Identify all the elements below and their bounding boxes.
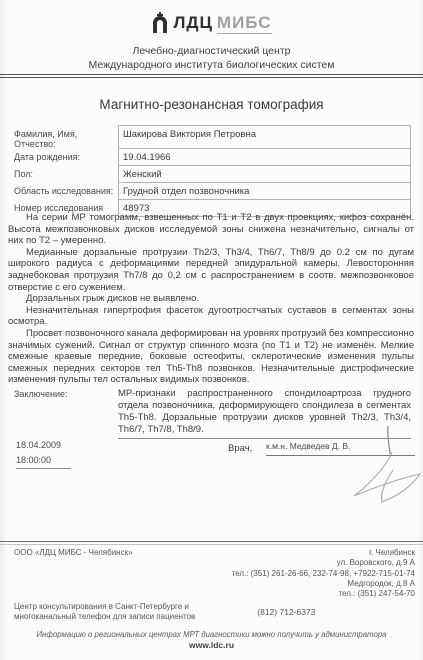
doctor-label: Врач, bbox=[228, 443, 252, 454]
field-label: Фамилия, Имя, Отчество: bbox=[14, 125, 118, 149]
footer-address2: Медгородок, д.8 А bbox=[232, 579, 415, 589]
footer-website: www.ldc.ru bbox=[0, 640, 423, 650]
signature-scribble bbox=[330, 424, 423, 509]
field-row-study-area: Область исследования: Грудной отдел позв… bbox=[14, 182, 411, 200]
footer-info-line: Информацию о региональных центрах МРТ ди… bbox=[0, 630, 423, 639]
findings-paragraph: Дорзальных грыж дисков не выявлено. bbox=[8, 293, 414, 305]
footer: ООО «ЛДЦ МИБС - Челябинск» г. Челябинск … bbox=[0, 541, 423, 650]
findings-paragraph: Просвет позвоночного канала деформирован… bbox=[8, 328, 414, 386]
findings-paragraph: Незначительная гипертрофия фасеток дугоо… bbox=[8, 305, 414, 328]
field-value: 19.04.1966 bbox=[118, 148, 411, 166]
field-row-sex: Пол: Женский bbox=[14, 165, 411, 183]
findings-paragraph: Медианные дорзальные протрузии Th2/3, Th… bbox=[8, 247, 414, 293]
report-date: 18.04.2009 bbox=[16, 440, 61, 450]
magnet-logo-icon bbox=[151, 12, 169, 34]
org-name-line2: Международного института биологических с… bbox=[0, 59, 423, 71]
field-row-birthdate: Дата рождения: 19.04.1966 bbox=[14, 148, 411, 166]
footer-city: г. Челябинск bbox=[232, 548, 415, 558]
field-label: Область исследования: bbox=[14, 182, 118, 200]
patient-fields: Фамилия, Имя, Отчество: Шакирова Виктори… bbox=[14, 126, 411, 217]
consult-phone: (812) 712-6373 bbox=[257, 607, 315, 617]
footer-address1: ул. Воровского, д.9 А bbox=[232, 558, 415, 568]
clinic-logo: ЛДЦ МИБС bbox=[0, 12, 423, 34]
consult-line2: многоканальный телефон для записи пациен… bbox=[14, 612, 195, 622]
conclusion-label: Заключение: bbox=[14, 388, 118, 439]
footer-consult-block: Центр консультирования в Санкт-Петербург… bbox=[0, 599, 423, 622]
org-name-line1: Лечебно-диагностический центр bbox=[0, 45, 423, 57]
field-value: Грудной отдел позвоночника bbox=[118, 182, 411, 200]
footer-company: ООО «ЛДЦ МИБС - Челябинск» bbox=[14, 548, 133, 557]
field-row-name: Фамилия, Имя, Отчество: Шакирова Виктори… bbox=[14, 125, 411, 149]
findings-paragraph: На серии МР томограмм, взвешенных по Т1 … bbox=[8, 212, 414, 247]
footer-phones2: тел.: (351) 247-54-70 bbox=[232, 589, 415, 599]
mri-report-document: ЛДЦ МИБС Лечебно-диагностический центр М… bbox=[0, 0, 423, 660]
logo-text-mibs: МИБС bbox=[217, 13, 272, 34]
footer-address-block: г. Челябинск ул. Воровского, д.9 А тел.:… bbox=[232, 548, 415, 599]
field-value: Женский bbox=[118, 165, 411, 183]
findings-text: На серии МР томограмм, взвешенных по Т1 … bbox=[8, 212, 414, 386]
field-value: Шакирова Виктория Петровна bbox=[118, 125, 411, 149]
header-divider bbox=[0, 74, 423, 78]
field-label: Дата рождения: bbox=[14, 148, 118, 166]
field-label: Пол: bbox=[14, 165, 118, 183]
consult-line1: Центр консультирования в Санкт-Петербург… bbox=[14, 602, 195, 612]
report-time: 18:00:00 bbox=[16, 455, 71, 469]
logo-text-ldc: ЛДЦ bbox=[173, 13, 212, 33]
footer-phones1: тел.: (351) 261-26-66, 232-74-98, +7922-… bbox=[232, 569, 415, 579]
page-title: Магнитно-резонансная томография bbox=[0, 97, 423, 112]
